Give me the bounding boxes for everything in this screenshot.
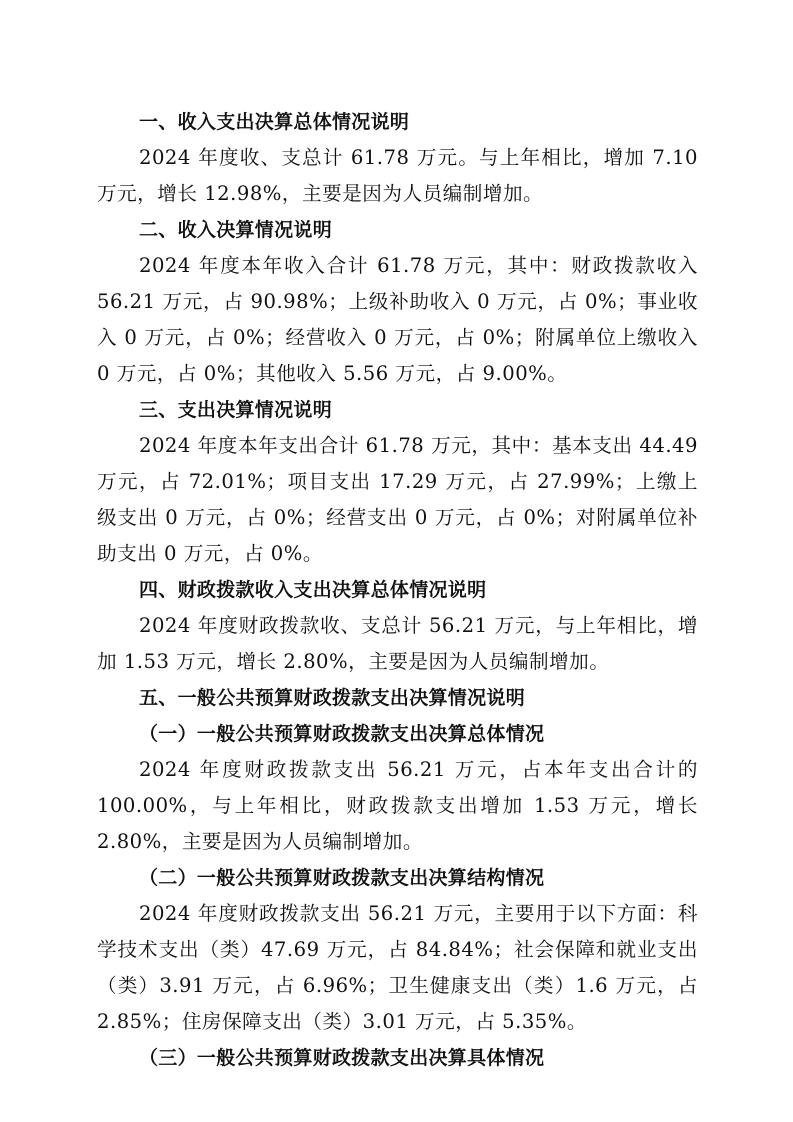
subsection-heading-5-2: （二）一般公共预算财政拨款支出决算结构情况 (97, 860, 698, 896)
section-heading-5: 五、一般公共预算财政拨款支出决算情况说明 (97, 680, 698, 716)
section-heading-3: 三、支出决算情况说明 (97, 392, 698, 428)
subsection-heading-5-1: （一）一般公共预算财政拨款支出决算总体情况 (97, 716, 698, 752)
document-page: 一、收入支出决算总体情况说明 2024 年度收、支总计 61.78 万元。与上年… (97, 104, 698, 1076)
subsection-paragraph-5-2: 2024 年度财政拨款支出 56.21 万元，主要用于以下方面：科学技术支出（类… (97, 896, 698, 1040)
section-heading-1: 一、收入支出决算总体情况说明 (97, 104, 698, 140)
section-paragraph-3: 2024 年度本年支出合计 61.78 万元，其中：基本支出 44.49 万元，… (97, 428, 698, 572)
section-paragraph-1: 2024 年度收、支总计 61.78 万元。与上年相比，增加 7.10 万元，增… (97, 140, 698, 212)
subsection-paragraph-5-1: 2024 年度财政拨款支出 56.21 万元，占本年支出合计的 100.00%，… (97, 752, 698, 860)
section-paragraph-4: 2024 年度财政拨款收、支总计 56.21 万元，与上年相比，增加 1.53 … (97, 608, 698, 680)
subsection-heading-5-3: （三）一般公共预算财政拨款支出决算具体情况 (97, 1040, 698, 1076)
section-paragraph-2: 2024 年度本年收入合计 61.78 万元，其中：财政拨款收入 56.21 万… (97, 248, 698, 392)
section-heading-2: 二、收入决算情况说明 (97, 212, 698, 248)
section-heading-4: 四、财政拨款收入支出决算总体情况说明 (97, 572, 698, 608)
